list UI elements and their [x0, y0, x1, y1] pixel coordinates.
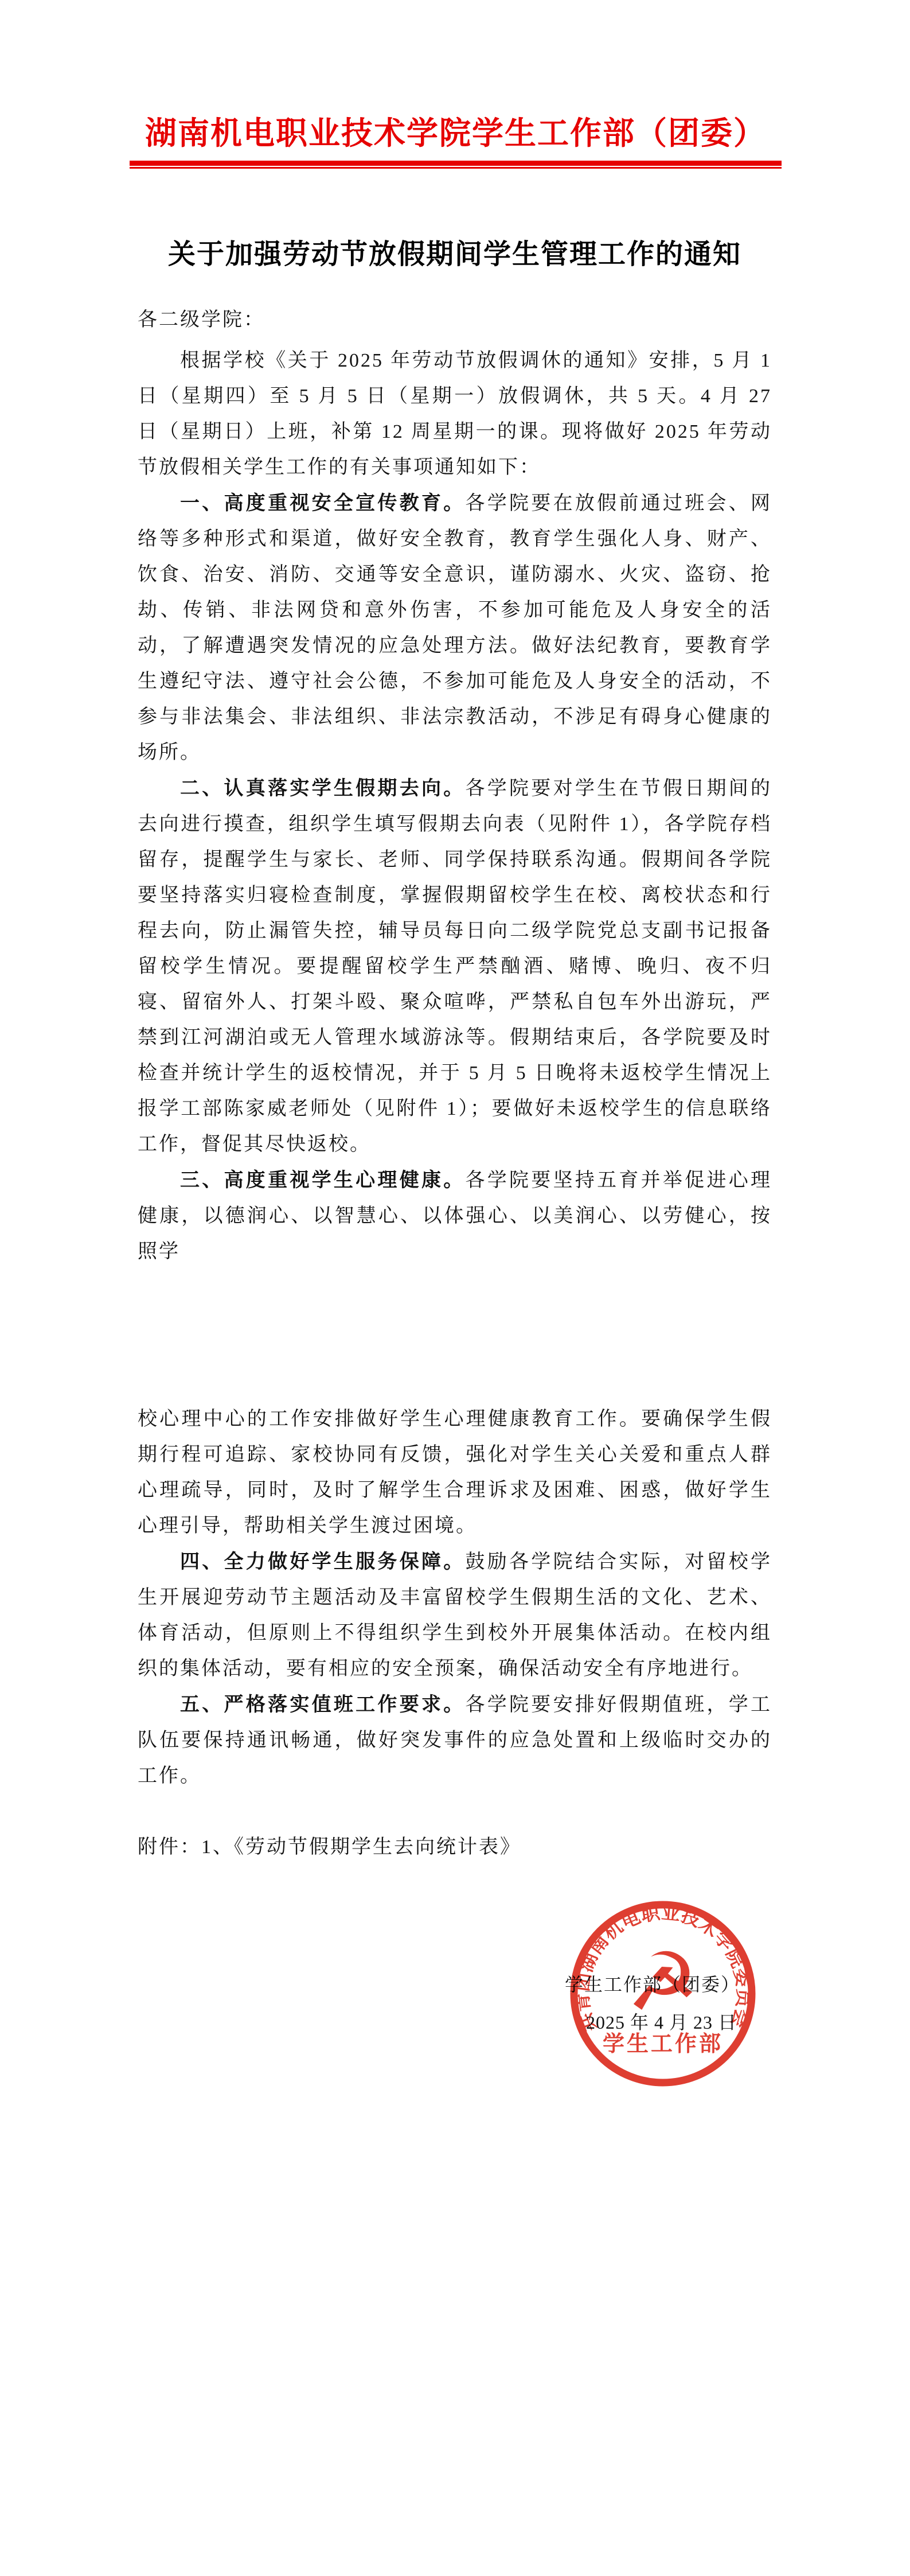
letterhead-masthead: 湖南机电职业技术学院学生工作部（团委） — [130, 108, 782, 153]
hammer-sickle-icon: ☭ — [627, 1936, 699, 2029]
divider-thick-line — [130, 161, 782, 166]
section-2-paragraph: 二、认真落实学生假期去向。各学院要对学生在节假日期间的去向进行摸查，组织学生填写… — [138, 771, 772, 1162]
section-1-paragraph: 一、高度重视安全宣传教育。各学院要在放假前通过班会、网络等多种形式和渠道，做好安… — [138, 485, 772, 771]
attachment-line: 附件：1、《劳动节假期学生去向统计表》 — [138, 1830, 772, 1865]
section-2-heading: 二、认真落实学生假期去向。 — [180, 777, 466, 799]
page1-text-block: 各二级学院： 根据学校《关于 2025 年劳动节放假调休的通知》安排，5 月 1… — [138, 302, 772, 1270]
section-5-paragraph: 五、严格落实值班工作要求。各学院要安排好假期值班，学工队伍要保持通讯畅通，做好突… — [138, 1687, 772, 1794]
document-title: 关于加强劳动节放假期间学生管理工作的通知 — [138, 232, 772, 271]
section-4-heading: 四、全力做好学生服务保障。 — [180, 1551, 466, 1573]
section-2-text: 各学院要对学生在节假日期间的去向进行摸查，组织学生填写假期去向表（见附件 1），… — [138, 778, 772, 1155]
section-1-text: 各学院要在放假前通过班会、网络等多种形式和渠道，做好安全教育，教育学生强化人身、… — [138, 493, 772, 763]
official-seal: 共青团湖南机电职业技术学院委员会 ☭ 学生工作部 — [570, 1901, 756, 2087]
notice-document-page: { "colors": { "masthead_red": "#e60000",… — [0, 0, 910, 2576]
divider-thin-line — [130, 167, 782, 169]
section-1-heading: 一、高度重视安全宣传教育。 — [180, 492, 466, 514]
section-5-heading: 五、严格落实值班工作要求。 — [180, 1694, 466, 1715]
section-3-heading: 三、高度重视学生心理健康。 — [180, 1169, 466, 1191]
section-3-paragraph-part2: 校心理中心的工作安排做好学生心理健康教育工作。要确保学生假期行程可追踪、家校协同… — [138, 1402, 772, 1544]
letterhead-divider — [130, 161, 782, 169]
salutation: 各二级学院： — [138, 302, 772, 338]
seal-bottom-label: 学生工作部 — [603, 2032, 723, 2056]
section-3-paragraph-part1: 三、高度重视学生心理健康。各学院要坚持五育并举促进心理健康，以德润心、以智慧心、… — [138, 1162, 772, 1270]
page2-text-block: 校心理中心的工作安排做好学生心理健康教育工作。要确保学生假期行程可追踪、家校协同… — [138, 1402, 772, 1865]
section-4-paragraph: 四、全力做好学生服务保障。鼓励各学院结合实际，对留校学生开展迎劳动节主题活动及丰… — [138, 1544, 772, 1687]
intro-paragraph: 根据学校《关于 2025 年劳动节放假调休的通知》安排，5 月 1 日（星期四）… — [138, 343, 772, 485]
